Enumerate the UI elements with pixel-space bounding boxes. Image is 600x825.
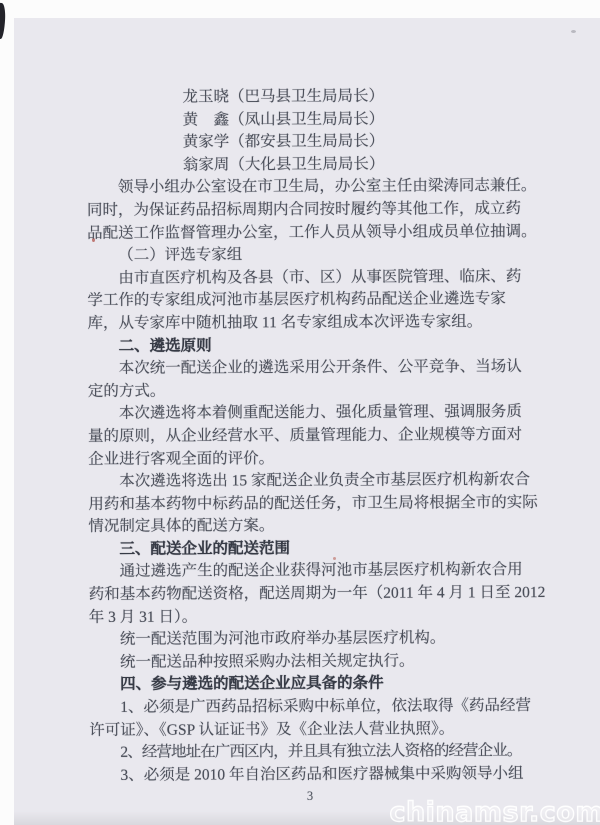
paragraph-line: 品配送工作监督管理办公室，工作人员从领导小组成员单位抽调。 <box>87 221 539 246</box>
paragraph-line: 统一配送品种按照采购办法相关规定执行。 <box>89 650 541 675</box>
watermark: chinamsr.com <box>389 799 600 825</box>
paragraph-line: 年 3 月 31 日）。 <box>89 605 541 630</box>
page-number: 3 <box>307 789 313 804</box>
numbered-item-line: 3、必须是 2010 年自治区药品和医疗器械集中采购领导小组 <box>89 763 541 788</box>
recipient-name-line: 黄家学（都安县卫生局局长） <box>87 130 539 155</box>
document-body: 龙玉晓（巴马县卫生局局长） 黄 鑫（凤山县卫生局局长） 黄家学（都安县卫生局局长… <box>86 85 541 787</box>
subsection-heading: （二）评选专家组 <box>87 243 539 268</box>
paragraph-line: 领导小组办公室设在市卫生局，办公室主任由梁涛同志兼任。 <box>87 175 539 200</box>
section-heading-3: 三、配送企业的配送范围 <box>88 537 540 562</box>
paragraph-line: 本次统一配送企业的遴选采用公开条件、公平竞争、当场认 <box>88 356 540 381</box>
section-heading-2: 二、遴选原则 <box>88 334 540 359</box>
numbered-item-line: 1、必须是广西药品招标采购中标单位，依法取得《药品经营 <box>89 695 541 720</box>
numbered-item-line: 2、经营地址在广西区内，并且具有独立法人资格的经营企业。 <box>89 740 541 765</box>
scan-speck <box>571 30 576 33</box>
paragraph-line: 统一配送范围为河池市政府举办基层医疗机构。 <box>89 627 541 652</box>
paragraph-line: 许可证》、《GSP 认证证书》及《企业法人营业执照》。 <box>89 718 541 743</box>
paragraph-line: 情况制定具体的配送方案。 <box>88 514 540 539</box>
recipient-name-line: 黄 鑫（凤山县卫生局局长） <box>87 108 539 133</box>
scanned-document: 龙玉晓（巴马县卫生局局长） 黄 鑫（凤山县卫生局局长） 黄家学（都安县卫生局局长… <box>0 0 600 825</box>
recipient-name-line: 龙玉晓（巴马县卫生局局长） <box>86 85 538 110</box>
scan-artifact-corner <box>0 3 6 39</box>
paragraph-line: 同时，为保证药品招标周期内合同按时履约等其他工作，成立药 <box>87 198 539 223</box>
paragraph-line: 药和基本药物配送资格，配送周期为一年（2011 年 4 月 1 日至 2012 <box>89 582 541 607</box>
paragraph-line: 库，从专家库中随机抽取 11 名专家组成本次评选专家组。 <box>87 311 539 336</box>
section-heading-4: 四、参与遴选的配送企业应具备的条件 <box>89 672 541 697</box>
paragraph-line: 用药和基本药物中标药品的配送任务，市卫生局将根据全市的实际 <box>88 492 540 517</box>
paragraph-line: 定的方式。 <box>88 379 540 404</box>
paragraph-line: 量的原则，从企业经营水平、质量管理能力、企业规模等方面对 <box>88 424 540 449</box>
paragraph-line: 本次遴选将选出 15 家配送企业负责全市基层医疗机构新农合 <box>88 469 540 494</box>
paragraph-line: 企业进行客观全面的评价。 <box>88 447 540 472</box>
paragraph-line: 学工作的专家组成河池市基层医疗机构药品配送企业遴选专家 <box>87 288 539 313</box>
paragraph-line: 由市直医疗机构及各县（市、区）从事医院管理、临床、药 <box>87 266 539 291</box>
paragraph-line: 本次遴选将本着侧重配送能力、强化质量管理、强调服务质 <box>88 401 540 426</box>
recipient-name-line: 翁家周（大化县卫生局局长） <box>87 153 539 178</box>
paragraph-line: 通过遴选产生的配送企业获得河池市基层医疗机构新农合用 <box>89 559 541 584</box>
